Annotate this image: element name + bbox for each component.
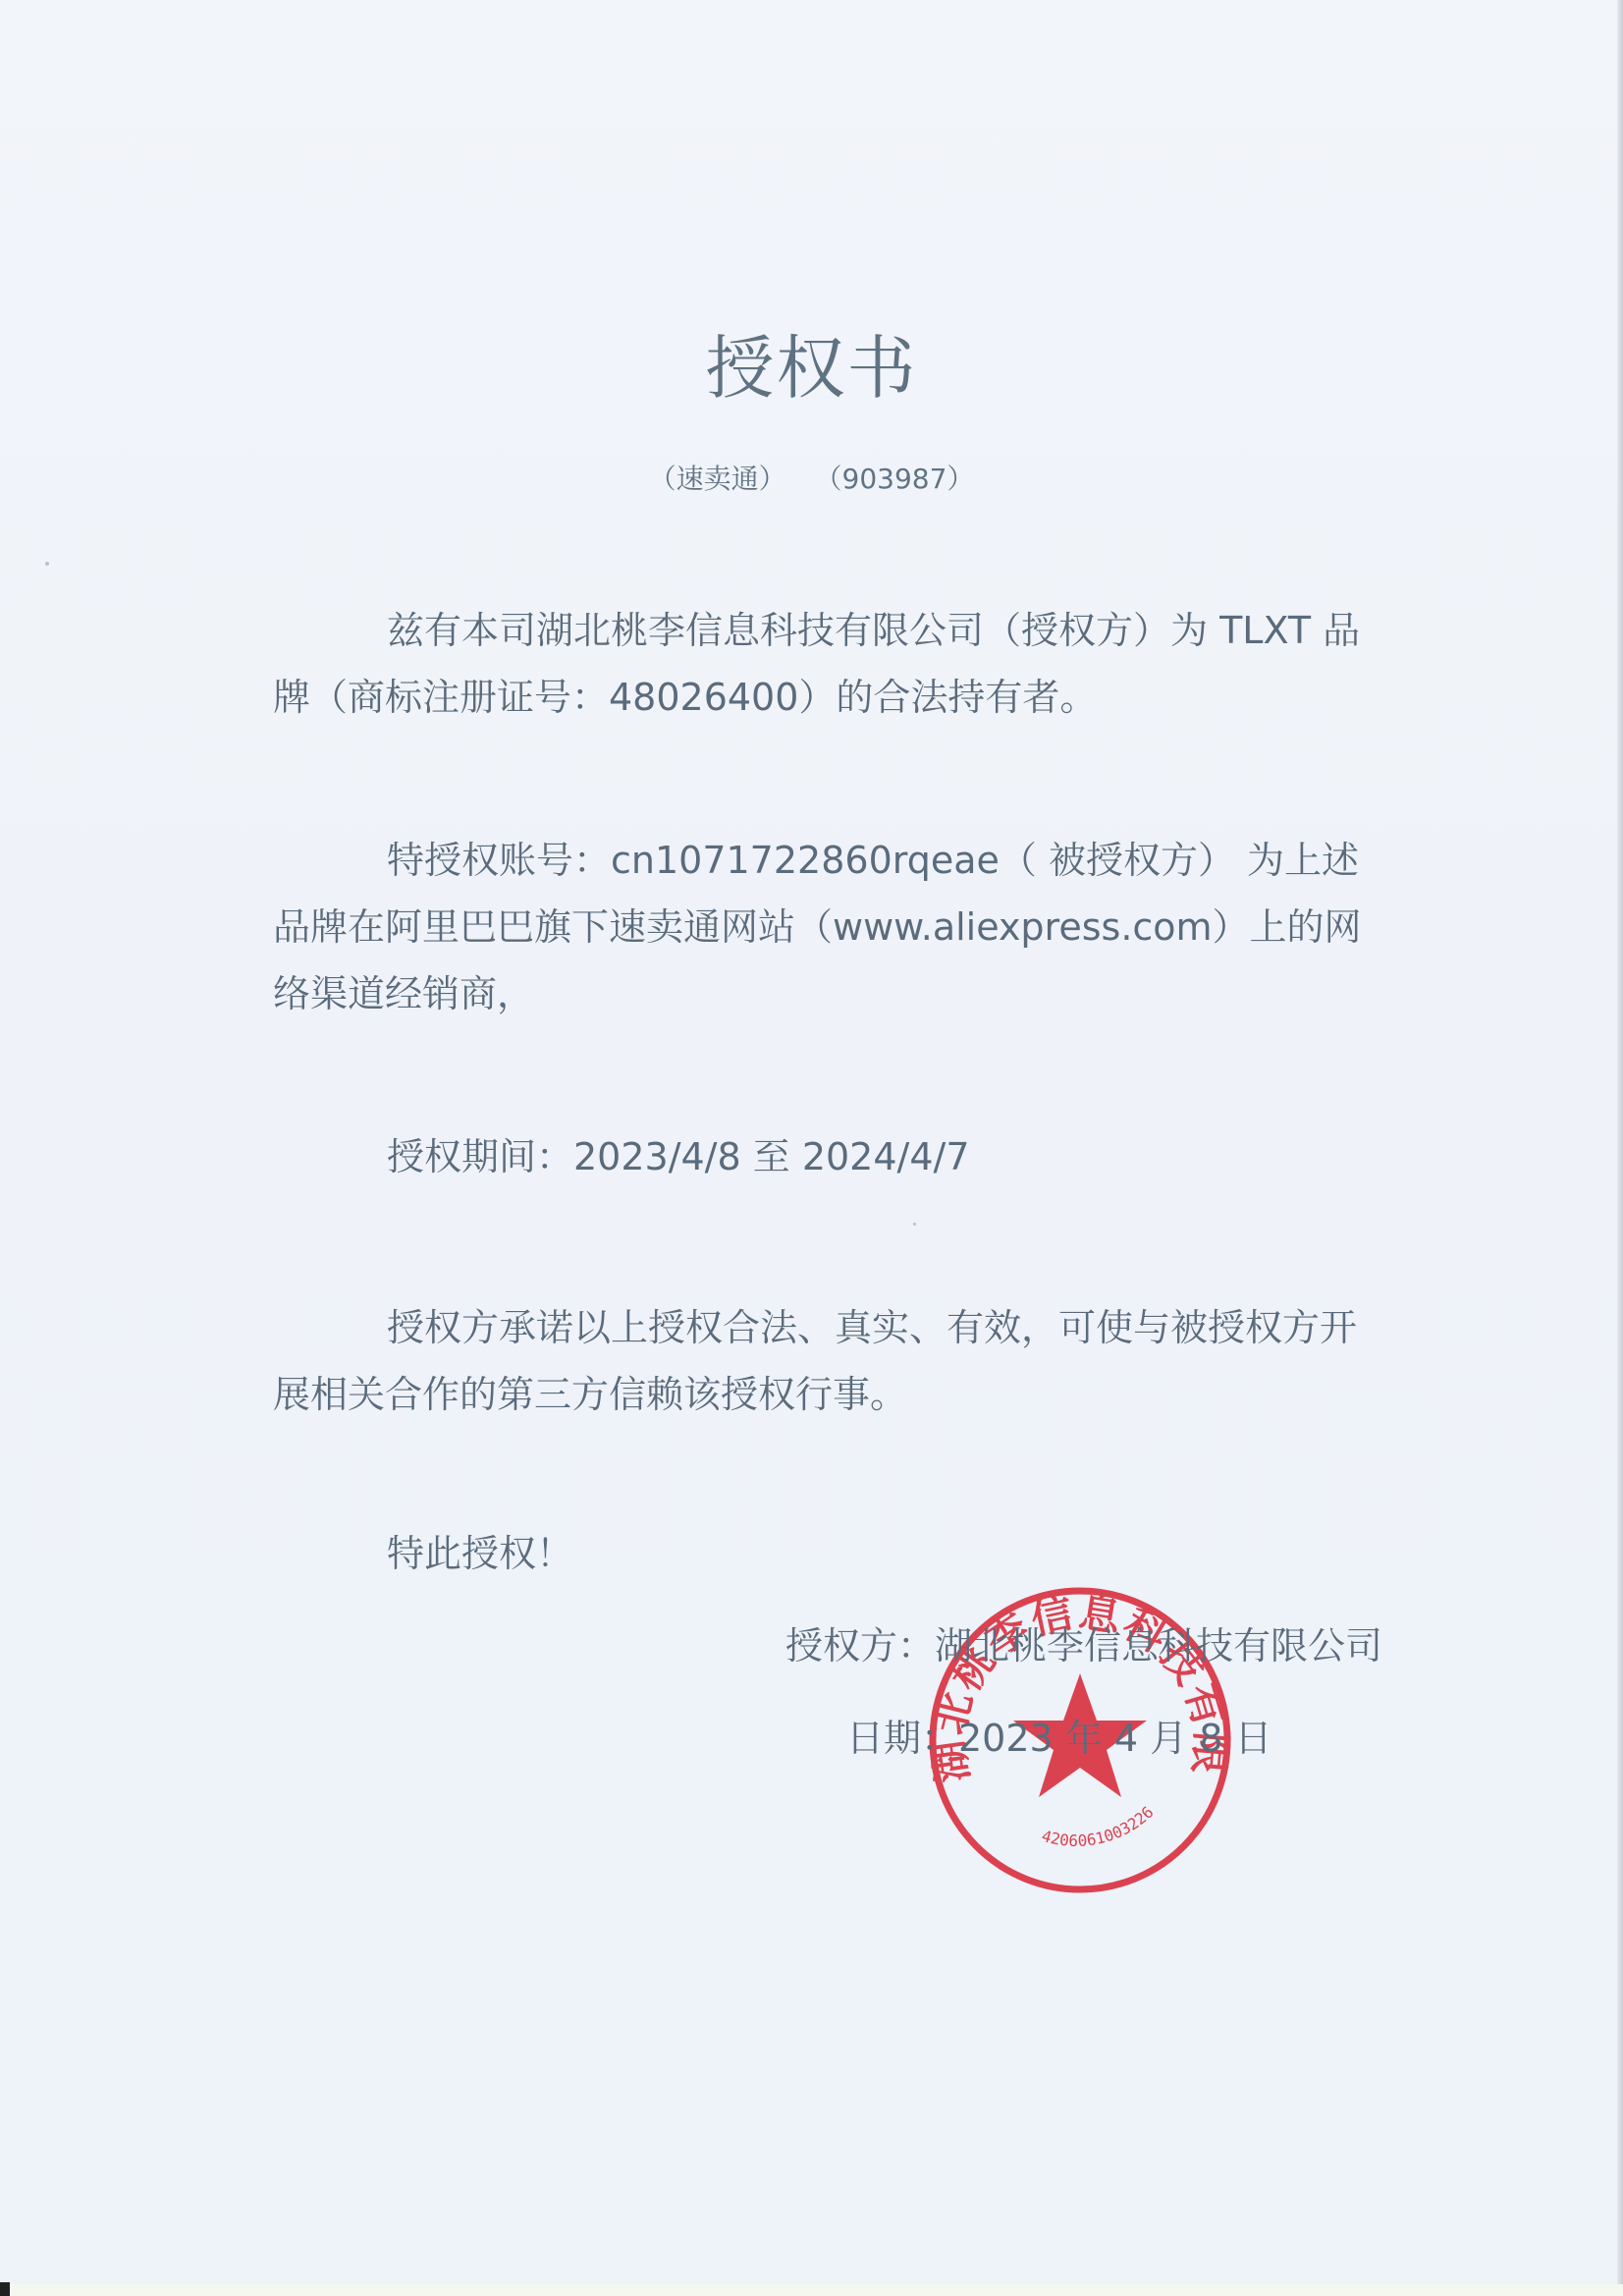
seal-serial: 4206061003226 xyxy=(1040,1803,1158,1850)
page-edge-bottom xyxy=(0,2284,1623,2296)
paragraph-text: 兹有本司湖北桃李信息科技有限公司（授权方）为 TLXT 品牌（商标注册证号：48… xyxy=(273,609,1360,719)
signature-date: 日期：2023 年 4 月 8 日 xyxy=(846,1711,1271,1766)
scan-speck xyxy=(45,562,49,566)
subtitle-platform: （速卖通） xyxy=(649,463,786,495)
scan-speck xyxy=(913,1223,916,1226)
document-page: 授权书 （速卖通） （903987） 兹有本司湖北桃李信息科技有限公司（授权方）… xyxy=(0,0,1623,2296)
paragraph-text: 授权期间：2023/4/8 至 2024/4/7 xyxy=(387,1135,970,1178)
paragraph-period: 授权期间：2023/4/8 至 2024/4/7 xyxy=(273,1123,1392,1190)
document-title: 授权书 xyxy=(0,324,1623,412)
paragraph-ownership: 兹有本司湖北桃李信息科技有限公司（授权方）为 TLXT 品牌（商标注册证号：48… xyxy=(273,597,1392,731)
svg-text:4206061003226: 4206061003226 xyxy=(1040,1803,1158,1850)
subtitle-code: （903987） xyxy=(815,463,975,495)
signature-authorizer: 授权方：湖北桃李信息科技有限公司 xyxy=(785,1618,1382,1673)
paragraph-text: 特此授权！ xyxy=(387,1532,573,1575)
paragraph-grant: 特授权账号：cn1071722860rqeae（ 被授权方） 为上述品牌在阿里巴… xyxy=(273,827,1392,1027)
paragraph-commitment: 授权方承诺以上授权合法、真实、有效，可使与被授权方开展相关合作的第三方信赖该授权… xyxy=(273,1294,1392,1428)
scan-corner xyxy=(0,2282,10,2296)
paragraph-text: 授权方承诺以上授权合法、真实、有效，可使与被授权方开展相关合作的第三方信赖该授权… xyxy=(273,1306,1357,1416)
paragraph-text: 特授权账号：cn1071722860rqeae（ 被授权方） 为上述品牌在阿里巴… xyxy=(273,839,1362,1015)
document-subtitle: （速卖通） （903987） xyxy=(0,460,1623,499)
paragraph-closing: 特此授权！ xyxy=(273,1520,1392,1587)
